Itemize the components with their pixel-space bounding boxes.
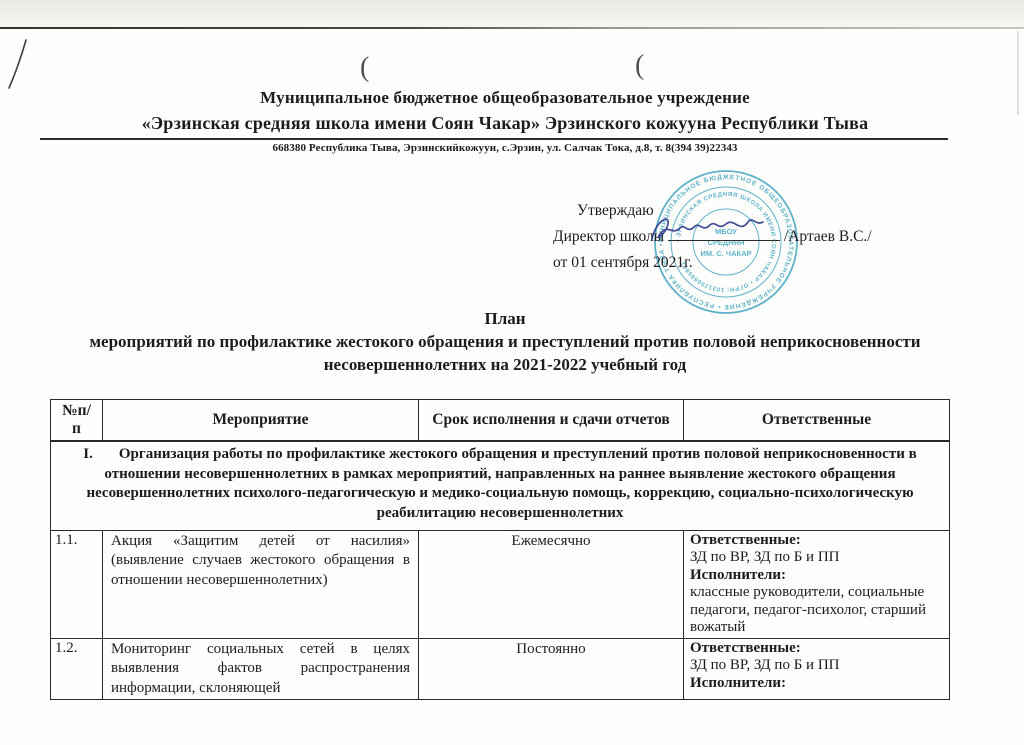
header-term: Срок исполнения и сдачи отчетов — [419, 400, 684, 442]
organization-name-line2: «Эрзинская средняя школа имени Соян Чака… — [0, 113, 1010, 134]
responsible-value: ЗД по ВР, ЗД по Б и ПП — [690, 657, 943, 675]
row-activity: Мониторинг социальных сетей в целях выяв… — [103, 638, 419, 700]
table-row: 1.2. Мониторинг социальных сетей в целях… — [51, 638, 950, 700]
executors-value: классные руководители, социальные педаго… — [690, 584, 943, 637]
organization-name-line1: Муниципальное бюджетное общеобразователь… — [0, 88, 1010, 108]
header-responsible: Ответственные — [684, 400, 950, 442]
pen-stroke-mark — [4, 36, 32, 92]
organization-address: 668380 Республика Тыва, Эрзинскийкожуун,… — [0, 142, 1010, 154]
director-signature-ink — [642, 210, 777, 248]
letterhead-divider — [40, 138, 948, 140]
header-activity: Мероприятие — [103, 400, 419, 442]
letterhead: Муниципальное бюджетное общеобразователь… — [0, 88, 1010, 134]
plan-table: №п/п Мероприятие Срок исполнения и сдачи… — [50, 399, 950, 700]
section-row: I.Организация работы по профилактике жес… — [51, 441, 950, 530]
section-text: Организация работы по профилактике жесто… — [86, 446, 916, 521]
responsible-label: Ответственные: — [690, 532, 943, 550]
scan-edge-band — [0, 0, 1024, 27]
row-responsible: Ответственные: ЗД по ВР, ЗД по Б и ПП Ис… — [684, 638, 950, 700]
approval-date-line: от 01 сентября 2021г. — [553, 250, 872, 276]
director-name: /Артаев В.С./ — [784, 228, 872, 245]
header-number: №п/п — [51, 400, 103, 442]
responsible-label: Ответственные: — [690, 640, 943, 658]
table-row: 1.1. Акция «Защитим детей от насилия» (в… — [51, 530, 950, 638]
title-line1: План — [0, 307, 1010, 330]
row-number: 1.1. — [51, 530, 103, 638]
table-header-row: №п/п Мероприятие Срок исполнения и сдачи… — [51, 400, 950, 442]
title-line2: мероприятий по профилактике жестокого об… — [0, 330, 1010, 353]
scanned-document-page: ( ( Муниципальное бюджетное общеобразова… — [0, 0, 1024, 745]
responsible-value: ЗД по ВР, ЗД по Б и ПП — [690, 549, 943, 567]
scan-paren-artifact: ( — [360, 54, 369, 82]
section-title-cell: I.Организация работы по профилактике жес… — [51, 441, 950, 530]
scan-paren-artifact: ( — [635, 52, 644, 80]
scan-edge-right-line — [1017, 31, 1019, 115]
row-number: 1.2. — [51, 638, 103, 700]
scan-edge-line — [0, 27, 1024, 29]
section-number: I. — [83, 446, 119, 462]
row-responsible: Ответственные: ЗД по ВР, ЗД по Б и ПП Ис… — [684, 530, 950, 638]
row-activity: Акция «Защитим детей от насилия» (выявле… — [103, 530, 419, 638]
executors-label: Исполнители: — [690, 567, 943, 585]
executors-label: Исполнители: — [690, 675, 943, 693]
row-term: Постоянно — [419, 638, 684, 700]
document-title: План мероприятий по профилактике жестоко… — [0, 307, 1010, 376]
row-term: Ежемесячно — [419, 530, 684, 638]
title-line3: несовершеннолетних на 2021-2022 учебный … — [0, 353, 1010, 376]
